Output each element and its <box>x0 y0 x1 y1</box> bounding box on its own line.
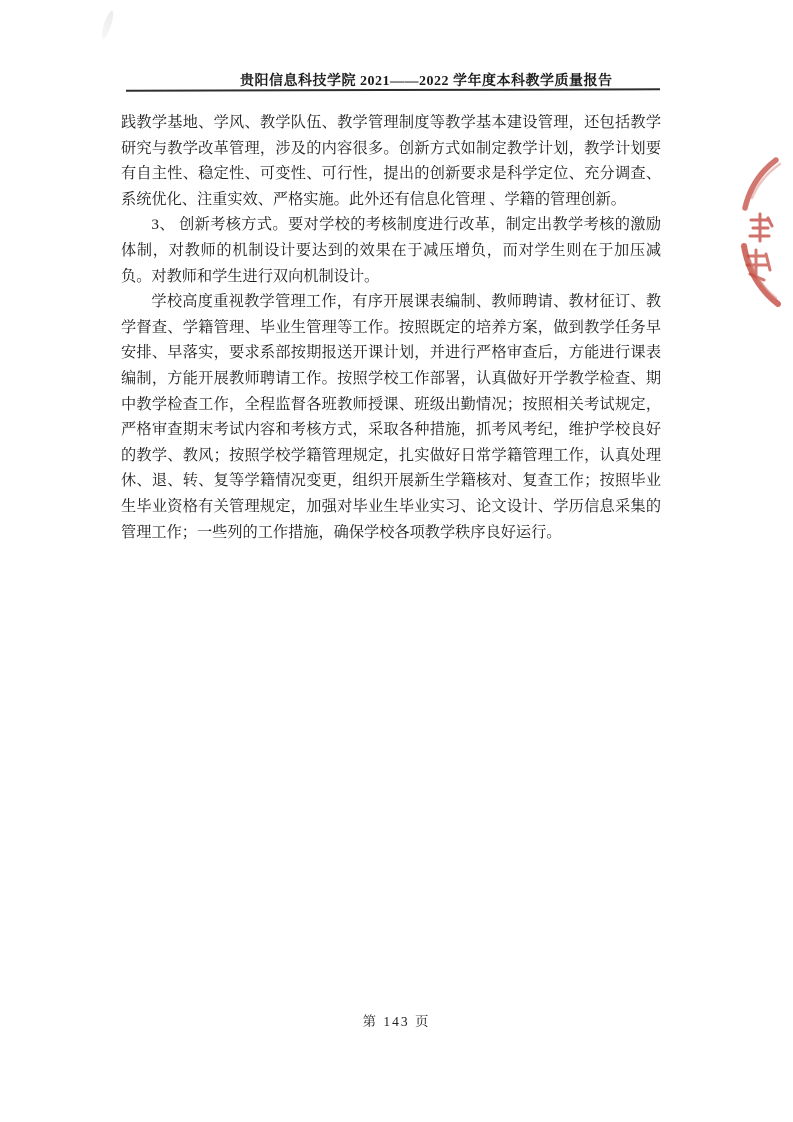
scan-smudge-artifact <box>100 10 116 41</box>
page-number: 第 143 页 <box>363 1014 431 1029</box>
document-page: 贵阳信息科技学院 2021——2022 学年度本科教学质量报告 践教学基地、学风… <box>0 0 793 1122</box>
document-body: 践教学基地、学风、教学队伍、教学管理制度等教学基本建设管理，还包括教学研究与教学… <box>121 110 661 545</box>
paragraph-1: 践教学基地、学风、教学队伍、教学管理制度等教学基本建设管理，还包括教学研究与教学… <box>121 110 661 212</box>
red-seal-graphic <box>720 150 793 315</box>
red-seal-stamp <box>720 150 793 315</box>
paragraph-3: 学校高度重视教学管理工作，有序开展课表编制、教师聘请、教材征订、教学督查、学籍管… <box>121 289 661 545</box>
page-footer: 第 143 页 <box>0 1010 793 1030</box>
paragraph-2: 3、 创新考核方式。要对学校的考核制度进行改革，制定出教学考核的激励体制，对教师… <box>121 212 661 289</box>
page-header-title: 贵阳信息科技学院 2021——2022 学年度本科教学质量报告 <box>240 70 640 90</box>
header-rule <box>126 88 660 91</box>
